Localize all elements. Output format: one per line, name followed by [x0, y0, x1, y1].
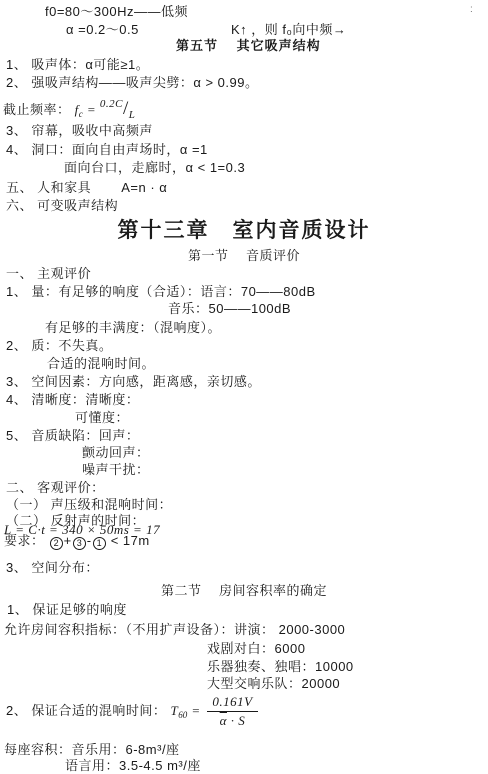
volume-value-orchestra: 大型交响乐队：20000 — [207, 676, 340, 692]
t60-equals: = — [191, 703, 204, 718]
t60-numerator: 0.161V — [207, 694, 257, 712]
subj-item1-loudness: 1、 量：有足够的响度（合适）：语言：70——80dB — [6, 284, 316, 300]
subj-item1-music-range: 音乐：50——100dB — [168, 301, 291, 317]
subj-item5-defects-echo: 5、 音质缺陷：回声： — [6, 428, 139, 444]
k-shift-note-line: K↑ ，则 f₀向中频→ — [231, 22, 346, 38]
surface-variable: S — [238, 713, 245, 728]
volume-index-line: 允许房间容积指标：（不用扩声设备）：讲演： 2000-3000 — [4, 622, 345, 638]
volume-value-solo: 乐器独奏、独唱：10000 — [207, 659, 354, 675]
freq-range-line: f0=80～300Hz——低频 — [45, 4, 188, 20]
subj-item3-spatial-factors: 3、 空间因素：方向感，距离感，亲切感。 — [6, 374, 261, 390]
item5-label: 五、 人和家具 — [6, 180, 91, 195]
section1-heading: 第一节 音质评价 — [0, 248, 488, 264]
item5-formula: A=n · α — [121, 180, 167, 195]
sec5-item6-variable-absorption: 六、 可变吸声结构 — [6, 198, 118, 214]
sec5-item3-curtain: 3、 帘幕，吸收中高频声 — [6, 123, 153, 139]
alpha-range-line: α =0.2～0.5 — [66, 22, 139, 38]
requirement-line: 要求： 2+3-1 < 17m — [4, 533, 150, 550]
sec5-item4-opening: 4、 洞口：面向自由声场时，α =1 — [6, 142, 208, 158]
cutoff-frequency-formula: 截止频率： fc = 0.2C/L — [3, 96, 135, 123]
obj-part1-spl-reverb: （一） 声压级和混响时间： — [6, 497, 172, 513]
per-seat-speech-line: 语言用：3.5-4.5 m³/座 — [65, 758, 201, 774]
per-seat-music-line: 每座容积：音乐用：6-8m³/座 — [4, 742, 180, 758]
subj-item2-reverb-time: 合适的混响时间。 — [47, 356, 155, 372]
fc-denominator: L — [129, 109, 136, 121]
subj-item2-quality: 2、 质：不失真。 — [6, 338, 112, 354]
spatial-distribution-line: 3、 空间分布： — [6, 560, 99, 576]
section2-heading: 第二节 房间容积率的确定 — [0, 583, 488, 599]
t60-denominator: α · S — [207, 712, 257, 729]
subj-item4-clarity: 4、 清晰度：清晰度： — [6, 392, 139, 408]
subj-item5-noise-interference: 噪声干扰： — [82, 462, 150, 478]
subj-item1-fullness: 有足够的丰满度：（混响度）。 — [45, 320, 221, 336]
requirement-label: 要求： — [4, 533, 45, 548]
scan-noise-mark: : — [470, 2, 473, 18]
fc-equals: = — [87, 102, 100, 117]
t60-fraction: 0.161V α · S — [207, 694, 257, 729]
reverberation-time-formula: 2、 保证合适的混响时间： T60 = 0.161V α · S — [6, 694, 258, 729]
document-page: f0=80～300Hz——低频 α =0.2～0.5 K↑ ，则 f₀向中频→ … — [0, 0, 488, 774]
sec5-item5-people-furniture: 五、 人和家具 A=n · α — [6, 180, 167, 196]
sec5-item1-absorber: 1、 吸声体：α可能≥1。 — [6, 57, 149, 73]
minus-sign: - — [87, 533, 92, 548]
plus-sign: + — [64, 533, 72, 548]
fc-fraction: 0.2C/L — [100, 96, 136, 123]
reverb-label: 2、 保证合适的混响时间： — [6, 703, 166, 718]
dot-operator: · — [227, 713, 238, 728]
sec5-item4-sub: 面向台口，走廊时，α < 1=0.3 — [64, 160, 245, 176]
t60-subscript: 60 — [178, 710, 187, 720]
objective-heading: 二、 客观评价： — [6, 480, 105, 496]
volume-value-drama: 戏剧对白：6000 — [207, 641, 305, 657]
section5-heading: 第五节 其它吸声结构 — [176, 38, 321, 54]
subjective-heading: 一、 主观评价 — [6, 266, 91, 282]
circled-2: 2 — [50, 537, 63, 550]
cutoff-label: 截止频率： — [3, 102, 71, 117]
circled-3: 3 — [73, 537, 86, 550]
circled-1: 1 — [93, 537, 106, 550]
subj-item5-flutter-echo: 颤动回声： — [82, 445, 150, 461]
alpha-bar: α — [220, 713, 227, 728]
subj-item4-intelligibility: 可懂度： — [75, 410, 129, 426]
fc-numerator: 0.2C — [100, 98, 123, 110]
sec5-item2-wedge: 2、 强吸声结构——吸声尖劈：α > 0.99。 — [6, 75, 258, 91]
chapter13-title: 第十三章 室内音质设计 — [0, 218, 488, 244]
fc-subscript: c — [79, 109, 83, 119]
requirement-limit: < 17m — [111, 533, 150, 548]
loudness-heading: 1、 保证足够的响度 — [7, 602, 127, 618]
